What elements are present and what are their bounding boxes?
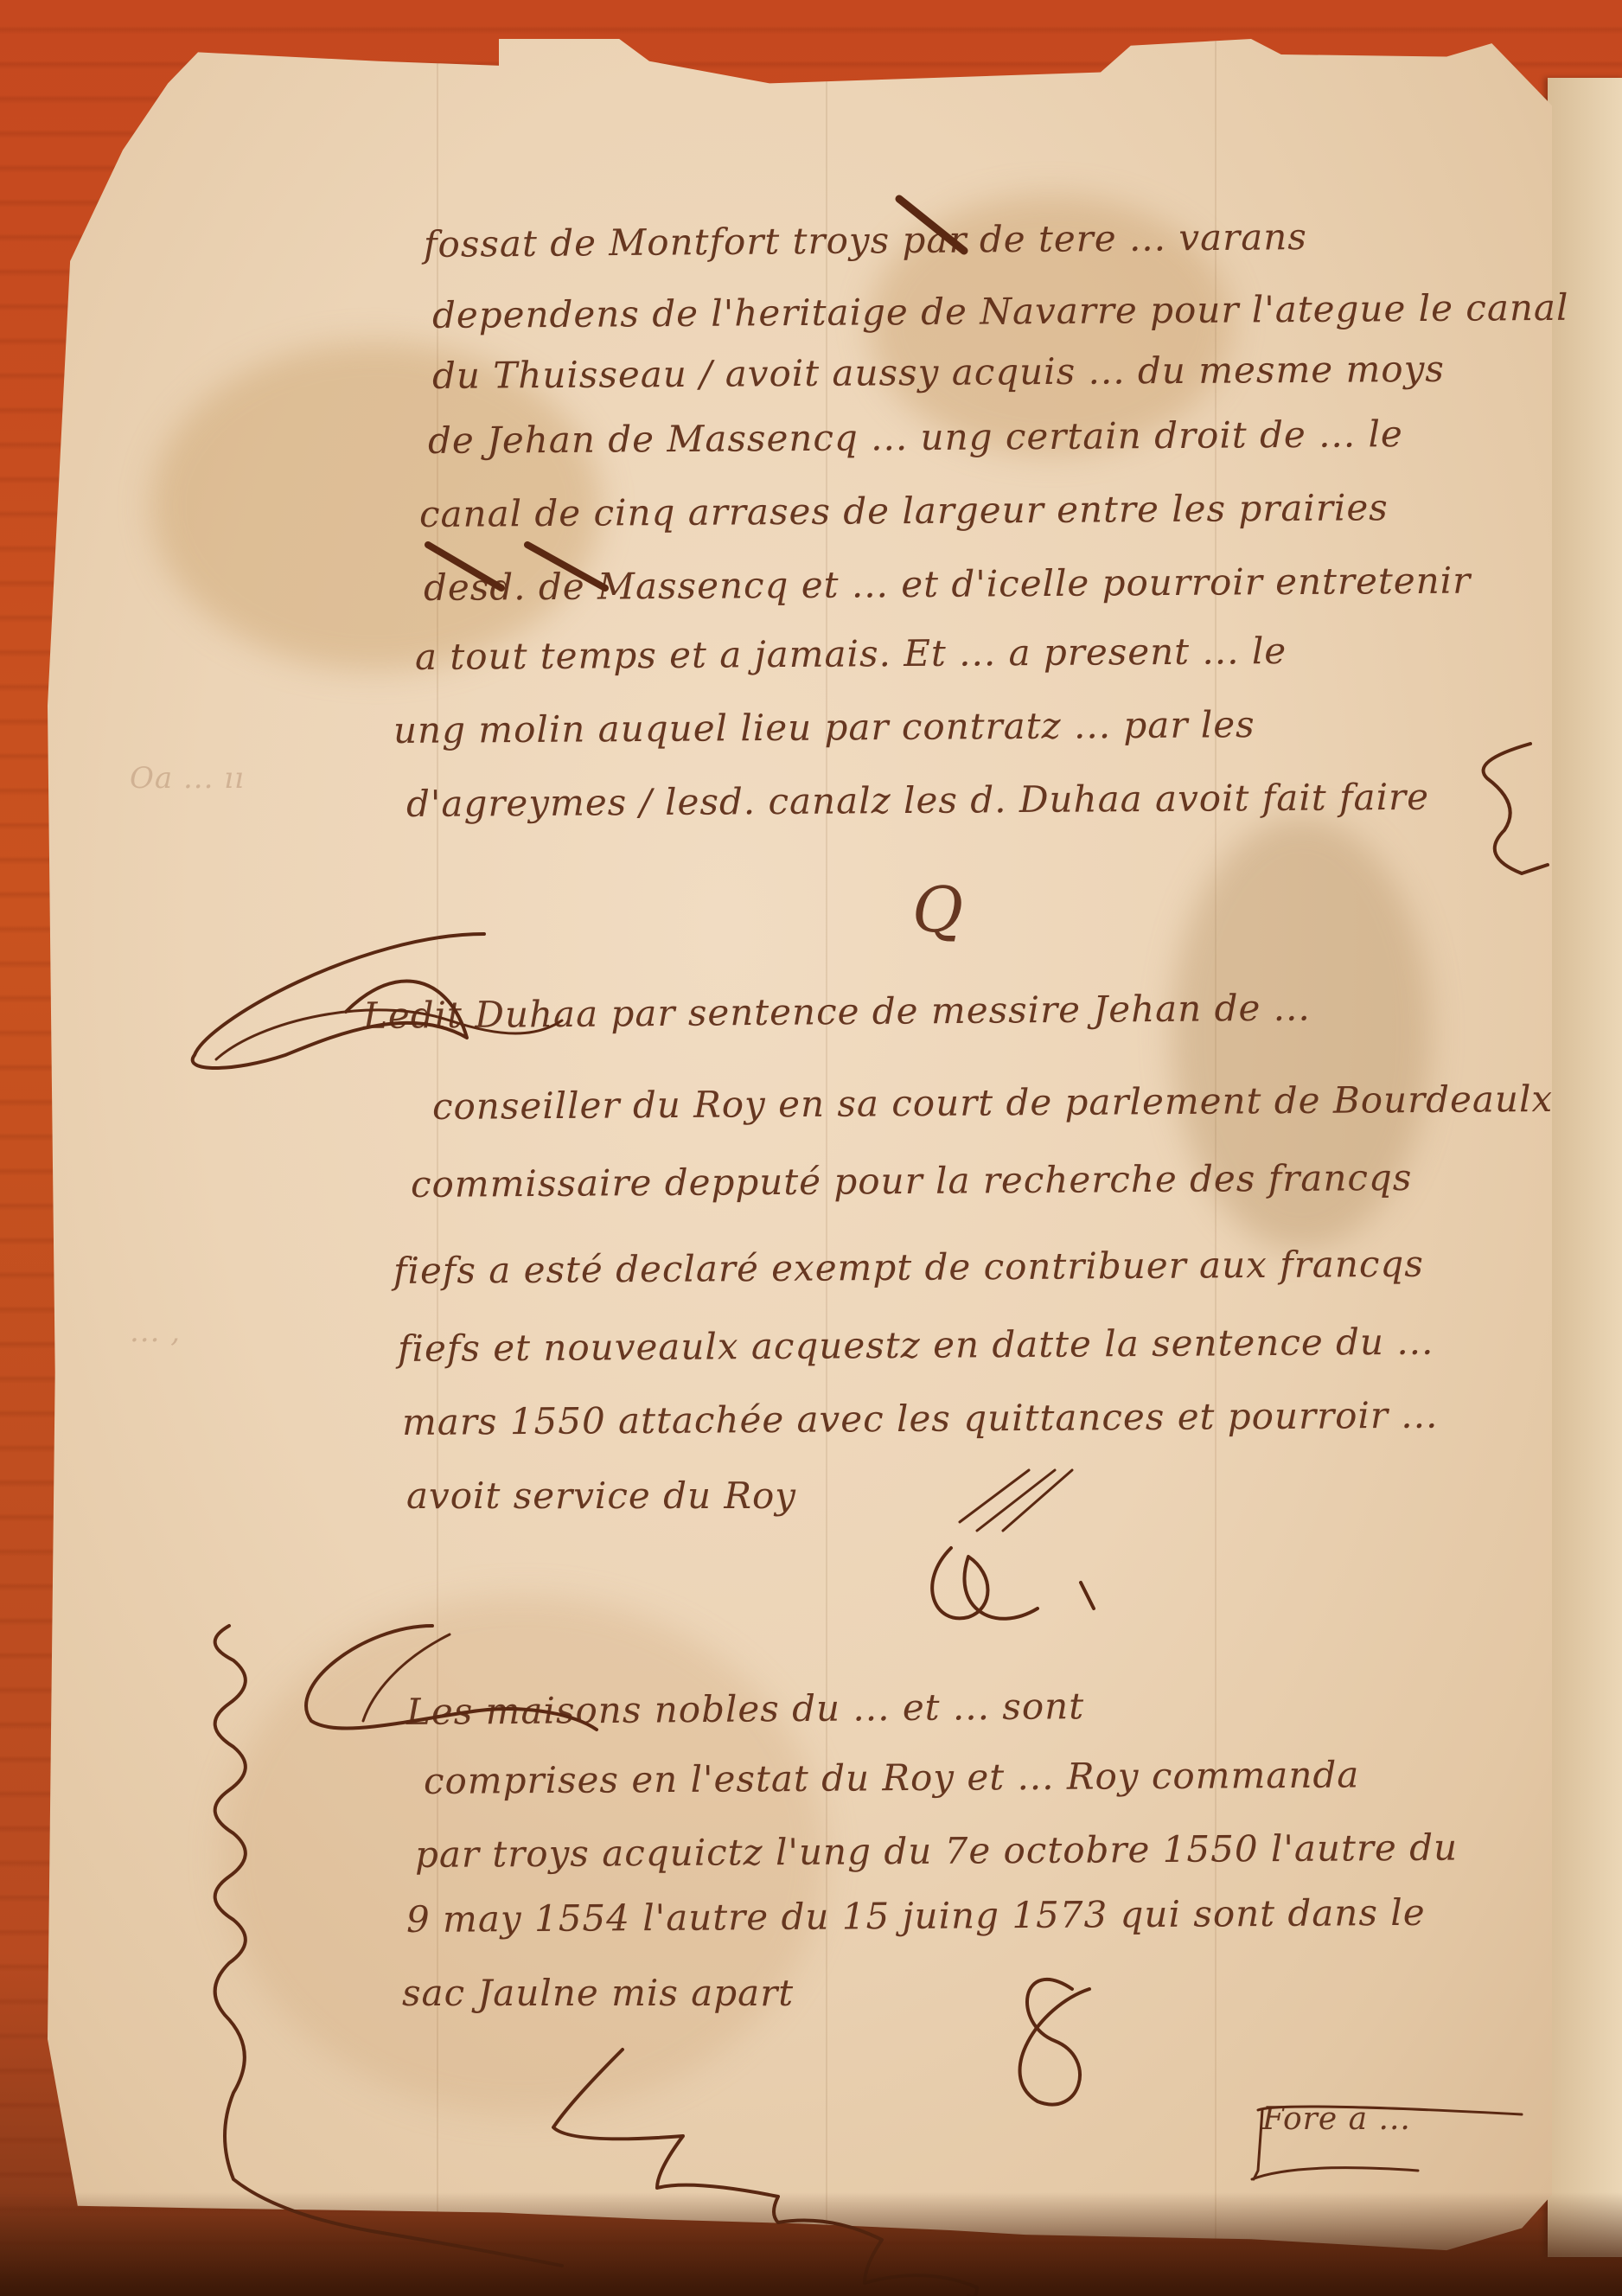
bleed-through-text: ... , [130,1314,181,1349]
text-line: desd. de Massencq et ... et d'icelle pou… [424,560,1472,609]
text-line: 9 may 1554 l'autre du 15 juing 1573 qui … [406,1891,1426,1941]
text-line: comprises en l'estat du Roy et ... Roy c… [424,1753,1360,1802]
text-line: fossat de Montfort troys par de tere ...… [424,215,1307,265]
text-line: par troys acquictz l'ung du 7e octobre 1… [415,1826,1458,1876]
text-line: commissaire depputé pour la recherche de… [411,1156,1413,1206]
adjacent-page-edge [1548,78,1622,2257]
text-line: d'agreymes / lesd. canalz les d. Duhaa a… [406,776,1429,825]
signature: Fore a ... [1262,2101,1411,2137]
bleed-through-text: Oa ... ıı [130,761,245,796]
table-edge-shadow [0,2192,1622,2296]
text-line: Ledit Duhaa par sentence de messire Jeha… [363,986,1311,1037]
text-line: de Jehan de Massencq ... ung certain dro… [428,413,1403,462]
text-line: canal de cinq arrases de largeur entre l… [419,486,1389,535]
section-mark: Q [912,873,964,946]
text-line: ung molin auquel lieu par contratz ... p… [393,703,1255,751]
text-line: du Thuisseau / avoit aussy acquis ... du… [432,348,1445,397]
text-line: a tout temps et a jamais. Et ... a prese… [415,630,1287,678]
text-line: Les maisons nobles du ... et ... sont [406,1685,1085,1733]
text-line: fiefs a esté declaré exempt de contribue… [393,1243,1424,1292]
text-line: conseiller du Roy en sa court de parleme… [432,1078,1553,1128]
text-line: avoit service du Roy [406,1474,796,1517]
text-line: sac Jaulne mis apart [402,1972,794,2014]
text-line: mars 1550 attachée avec les quittances e… [402,1394,1439,1443]
text-line: dependens de l'heritaige de Navarre pour… [432,286,1569,336]
text-line: fiefs et nouveaulx acquestz en datte la … [398,1321,1434,1370]
